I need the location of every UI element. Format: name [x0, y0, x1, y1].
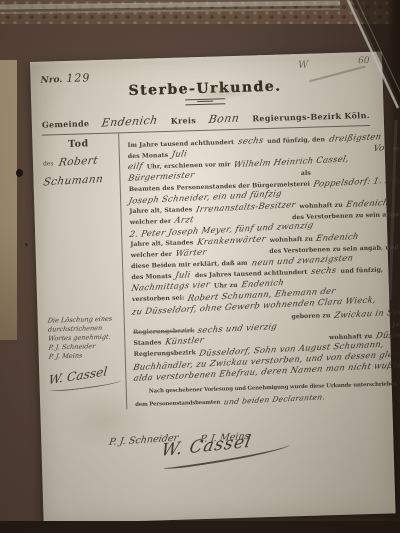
photo-of-death-certificate: Nro.129 W 60 Sterbe-Urkunde. Gemeinde En…: [0, 0, 400, 533]
des-label: des: [43, 160, 54, 167]
printed-text: Standes: [133, 339, 161, 347]
deceased-last-name: Schumann: [42, 173, 104, 188]
case-back-panel: [0, 0, 400, 26]
kreis-value: Bonn: [208, 111, 241, 126]
handwritten-text: Endenich: [346, 197, 390, 209]
handwritten-text: Arzt: [174, 214, 195, 225]
printed-text: Uhr zu: [214, 282, 238, 290]
printed-text: des Monats: [128, 152, 168, 160]
handwritten-text: Wärter: [175, 246, 208, 258]
title-ornament: [185, 98, 225, 105]
printed-text: wohnhaft zu: [270, 236, 313, 244]
handwritten-text: sechs: [310, 265, 337, 276]
handwritten-text: Vor: [373, 142, 390, 153]
handwritten-text: Endenich: [316, 231, 360, 243]
document-paper: Nro.129 W 60 Sterbe-Urkunde. Gemeinde En…: [30, 52, 396, 524]
handwritten-text: Juli: [171, 148, 188, 159]
gemeinde-label: Gemeinde: [42, 118, 90, 129]
body-column: Im Jahre tausend achthundertsechsund fün…: [119, 124, 400, 409]
number-value: 129: [66, 71, 90, 85]
margin-column: Tod des Robert Schumann Die Löschung ein…: [42, 133, 127, 411]
printed-text: mittags: [393, 144, 400, 152]
adjacent-paper-strip: [0, 60, 17, 340]
margin-note: Die Löschung einesdurchstrichenenWortes …: [48, 314, 121, 361]
handwritten-text: eilf: [127, 161, 143, 172]
printed-text: wohnhaft zu: [299, 202, 342, 210]
handwritten-text: sechs: [237, 135, 264, 146]
deceased-first-name: Robert: [58, 155, 99, 169]
printed-text: des Monats: [131, 273, 171, 281]
bezirk-label: Regierungs-Bezirk Köln.: [252, 110, 370, 123]
printed-text: welcher der: [130, 218, 172, 226]
pencil-mark-w: W: [298, 60, 309, 71]
number-label: Nro.: [40, 75, 62, 86]
handwritten-text: Juli: [175, 269, 192, 280]
ink-blot: [16, 169, 23, 177]
printed-text: welcher der: [131, 251, 173, 259]
gemeinde-value: Endenich: [101, 113, 159, 129]
kreis-label: Kreis: [171, 115, 197, 126]
printed-text: geboren zu: [291, 312, 330, 320]
ink-speck: [25, 243, 28, 246]
pencil-mark-number: 60: [358, 56, 370, 66]
closing-paragraph: Nach geschehener Vorlesung und Genehmigu…: [135, 380, 400, 409]
printed-text: Jahre alt,: [392, 320, 400, 328]
margin-note-line: P. J. Meins: [48, 350, 121, 361]
printed-text: als: [301, 170, 311, 177]
printed-text: dem Personenstandsbeamten: [135, 400, 220, 409]
form-body: Im Jahre tausend achthundertsechsund fün…: [127, 130, 400, 381]
form-columns: Tod des Robert Schumann Die Löschung ein…: [42, 126, 378, 412]
handwritten-text: Künstler: [164, 335, 205, 347]
printed-text: und fünfzig,: [340, 267, 383, 275]
case-bottom-edge: [0, 521, 400, 533]
